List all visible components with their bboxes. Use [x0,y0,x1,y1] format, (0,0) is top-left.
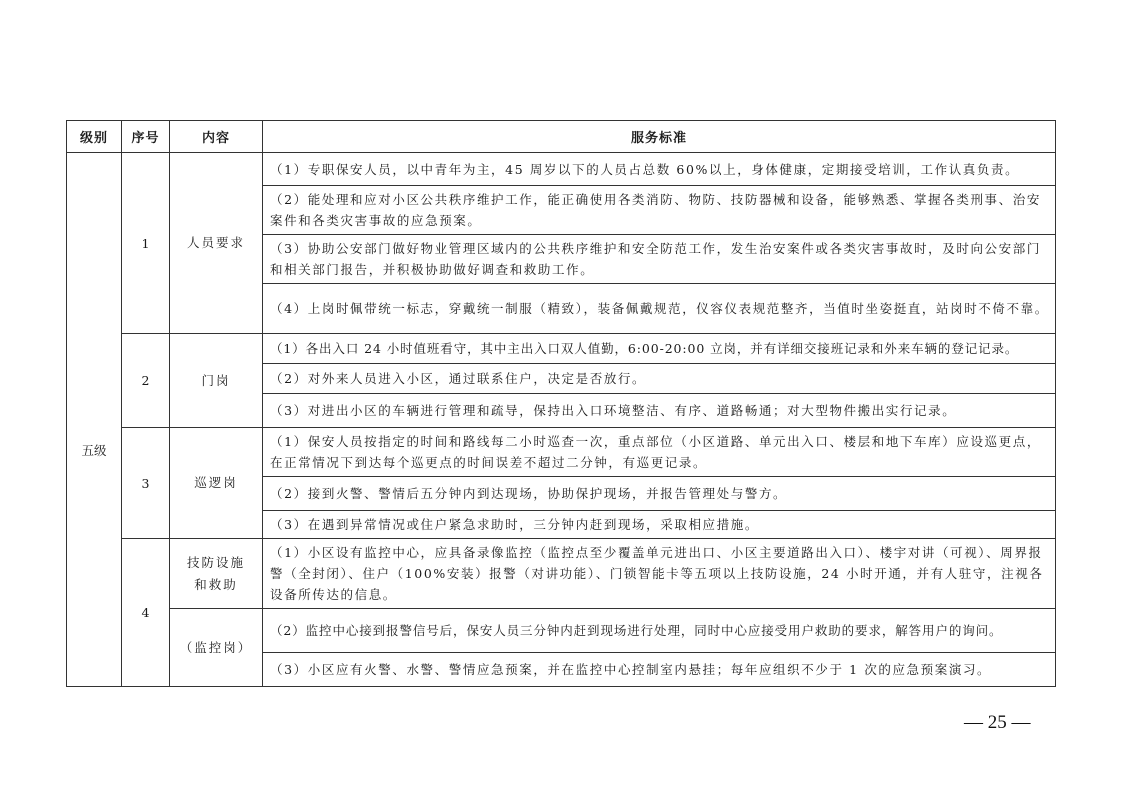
page-number: — 25 — [964,712,1031,734]
content-cell: （监控岗） [170,609,263,687]
standard-cell: （1）各出入口 24 小时值班看守，其中主出入口双人值勤，6:00-20:00 … [263,334,1056,364]
standard-cell: （2）能处理和应对小区公共秩序维护工作，能正确使用各类消防、物防、技防器械和设备… [263,186,1056,235]
standard-cell: （3）协助公安部门做好物业管理区域内的公共秩序维护和安全防范工作，发生治安案件或… [263,235,1056,284]
standard-cell: （2）对外来人员进入小区，通过联系住户，决定是否放行。 [263,364,1056,394]
table-row: 五级 1 人员要求 （1）专职保安人员，以中青年为主，45 周岁以下的人员占总数… [67,153,1056,186]
num-cell: 4 [122,539,170,687]
header-content: 内容 [170,121,263,153]
table-row: （监控岗） （2）监控中心接到报警信号后，保安人员三分钟内赶到现场进行处理，同时… [67,609,1056,653]
standard-cell: （1）保安人员按指定的时间和路线每二小时巡查一次，重点部位（小区道路、单元出入口… [263,428,1056,477]
header-num: 序号 [122,121,170,153]
content-cell: 巡逻岗 [170,428,263,539]
table-row: 2 门岗 （1）各出入口 24 小时值班看守，其中主出入口双人值勤，6:00-2… [67,334,1056,364]
header-level: 级别 [67,121,122,153]
standard-cell: （2）监控中心接到报警信号后，保安人员三分钟内赶到现场进行处理，同时中心应接受用… [263,609,1056,653]
table-row: 4 技防设施和救助 （1）小区设有监控中心，应具备录像监控（监控点至少覆盖单元进… [67,539,1056,609]
standard-cell: （1）专职保安人员，以中青年为主，45 周岁以下的人员占总数 60%以上，身体健… [263,153,1056,186]
header-standard: 服务标准 [263,121,1056,153]
num-cell: 1 [122,153,170,334]
standard-cell: （4）上岗时佩带统一标志，穿戴统一制服（精致），装备佩戴规范，仪容仪表规范整齐，… [263,284,1056,334]
level-cell: 五级 [67,153,122,687]
standard-cell: （3）小区应有火警、水警、警情应急预案，并在监控中心控制室内悬挂；每年应组织不少… [263,653,1056,687]
standard-cell: （2）接到火警、警情后五分钟内到达现场，协助保护现场，并报告管理处与警方。 [263,477,1056,511]
header-row: 级别 序号 内容 服务标准 [67,121,1056,153]
service-standard-table: 级别 序号 内容 服务标准 五级 1 人员要求 （1）专职保安人员，以中青年为主… [66,120,1056,687]
standard-cell: （3）在遇到异常情况或住户紧急求助时，三分钟内赶到现场，采取相应措施。 [263,511,1056,539]
num-cell: 3 [122,428,170,539]
content-cell: 人员要求 [170,153,263,334]
num-cell: 2 [122,334,170,428]
standard-cell: （1）小区设有监控中心，应具备录像监控（监控点至少覆盖单元进出口、小区主要道路出… [263,539,1056,609]
standard-cell: （3）对进出小区的车辆进行管理和疏导，保持出入口环境整洁、有序、道路畅通；对大型… [263,394,1056,428]
table-row: 3 巡逻岗 （1）保安人员按指定的时间和路线每二小时巡查一次，重点部位（小区道路… [67,428,1056,477]
content-cell: 技防设施和救助 [170,539,263,609]
content-cell: 门岗 [170,334,263,428]
